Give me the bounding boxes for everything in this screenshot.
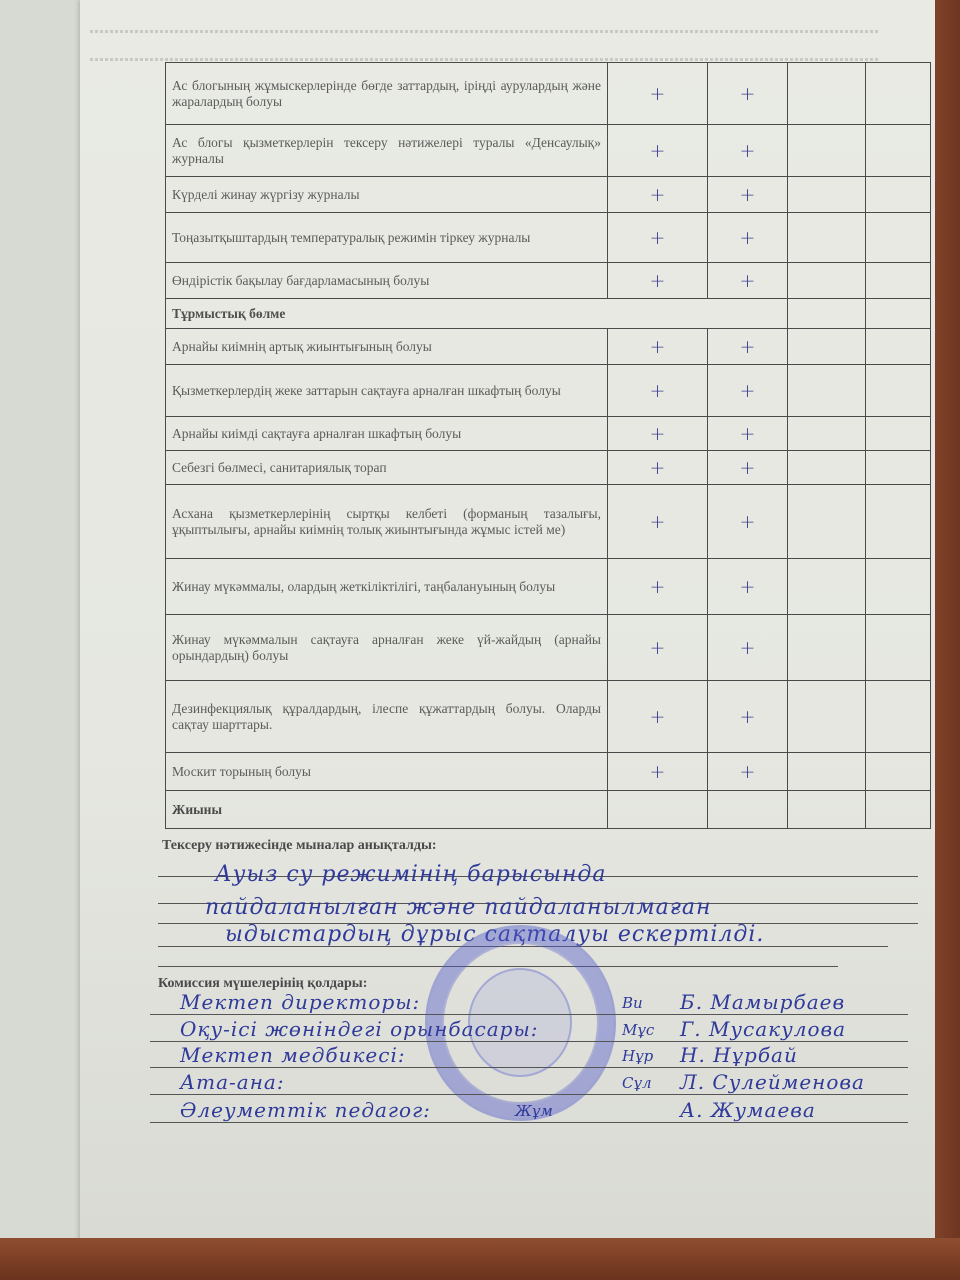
criterion-label: Жинау мүкәммалын сақтауға арналған жеке … — [166, 615, 608, 681]
plus-mark: + — [708, 485, 788, 559]
mark-cell — [608, 791, 708, 829]
mark-cell — [788, 125, 866, 177]
member-signature: Ви — [622, 994, 643, 1012]
bleed-through-line — [90, 30, 880, 33]
mark-cell — [866, 559, 931, 615]
table-row: Өндірістік бақылау бағдарламасының болуы… — [166, 263, 931, 299]
plus-mark: + — [608, 125, 708, 177]
mark-cell — [866, 485, 931, 559]
mark-cell — [788, 753, 866, 791]
total-row: Жиыны — [166, 791, 931, 829]
ruled-line — [150, 1041, 908, 1042]
plus-mark: + — [608, 451, 708, 485]
mark-cell — [788, 365, 866, 417]
ruled-line — [150, 1094, 908, 1095]
table-row: Жинау мүкәммалы, олардың жеткіліктілігі,… — [166, 559, 931, 615]
member-signature: Нұр — [622, 1047, 653, 1065]
member-name: Б. Мамырбаев — [680, 990, 845, 1014]
table-row: Арнайы киімді сақтауға арналған шкафтың … — [166, 417, 931, 451]
plus-mark: + — [708, 263, 788, 299]
criterion-label: Арнайы киімнің артық жиынтығының болуы — [166, 329, 608, 365]
mark-cell — [788, 263, 866, 299]
plus-mark: + — [708, 559, 788, 615]
member-signature: Мұс — [622, 1021, 654, 1039]
member-signature: Сұл — [622, 1074, 652, 1092]
table-row: Күрделі жинау жүргізу журналы++ — [166, 177, 931, 213]
mark-cell — [866, 615, 931, 681]
plus-mark: + — [708, 329, 788, 365]
member-role: Оқу-ісі жөніндегі орынбасары: — [180, 1017, 538, 1041]
plus-mark: + — [708, 177, 788, 213]
findings-line-1: Ауыз су режимінің барысында — [215, 862, 607, 887]
mark-cell — [788, 681, 866, 753]
mark-cell — [788, 559, 866, 615]
mark-cell — [788, 615, 866, 681]
member-name: Н. Нұрбай — [680, 1043, 798, 1067]
plus-mark: + — [608, 753, 708, 791]
plus-mark: + — [608, 417, 708, 451]
member-role: Ата-ана: — [180, 1070, 285, 1094]
criterion-label: Дезинфекциялық құралдардың, ілеспе құжат… — [166, 681, 608, 753]
criterion-label: Асхана қызметкерлерінің сыртқы келбеті (… — [166, 485, 608, 559]
mark-cell — [866, 263, 931, 299]
section-header-row: Тұрмыстық бөлме — [166, 299, 931, 329]
table-row: Себезгі бөлмесі, санитариялық торап++ — [166, 451, 931, 485]
criterion-label: Күрделі жинау жүргізу журналы — [166, 177, 608, 213]
plus-mark: + — [708, 63, 788, 125]
mark-cell — [788, 213, 866, 263]
table-row: Ас блогының жұмыскерлерінде бөгде заттар… — [166, 63, 931, 125]
criterion-label: Жиыны — [166, 791, 608, 829]
mark-cell — [866, 329, 931, 365]
table-row: Ас блогы қызметкерлерін тексеру нәтижеле… — [166, 125, 931, 177]
criterion-label: Ас блогының жұмыскерлерінде бөгде заттар… — [166, 63, 608, 125]
mark-cell — [866, 451, 931, 485]
plus-mark: + — [608, 559, 708, 615]
mark-cell — [866, 365, 931, 417]
plus-mark: + — [708, 615, 788, 681]
mark-cell — [788, 451, 866, 485]
criterion-label: Ас блогы қызметкерлерін тексеру нәтижеле… — [166, 125, 608, 177]
findings-heading: Тексеру нәтижесінде мыналар анықталды: — [162, 838, 437, 854]
mark-cell — [866, 681, 931, 753]
mark-cell — [788, 485, 866, 559]
ruled-line — [150, 1067, 908, 1068]
criterion-label: Тұрмыстық бөлме — [166, 299, 788, 329]
mark-cell — [788, 299, 866, 329]
mark-cell — [788, 177, 866, 213]
plus-mark: + — [608, 213, 708, 263]
mark-cell — [866, 753, 931, 791]
mark-cell — [788, 329, 866, 365]
table-row: Жинау мүкәммалын сақтауға арналған жеке … — [166, 615, 931, 681]
criterion-label: Москит торының болуы — [166, 753, 608, 791]
member-name: Л. Сулейменова — [680, 1070, 865, 1094]
mark-cell — [708, 791, 788, 829]
member-role: Әлеуметтік педагог: — [180, 1098, 431, 1122]
member-name: А. Жумаева — [680, 1098, 816, 1122]
plus-mark: + — [708, 213, 788, 263]
ruled-line — [150, 1014, 908, 1015]
plus-mark: + — [708, 417, 788, 451]
plus-mark: + — [608, 681, 708, 753]
mark-cell — [866, 213, 931, 263]
member-signature: Жұм — [515, 1102, 553, 1120]
member-name: Г. Мусакулова — [680, 1017, 846, 1041]
table-row: Асхана қызметкерлерінің сыртқы келбеті (… — [166, 485, 931, 559]
inspection-checklist-table: Ас блогының жұмыскерлерінде бөгде заттар… — [165, 62, 931, 829]
plus-mark: + — [608, 63, 708, 125]
mark-cell — [866, 299, 931, 329]
findings-line-2: пайдаланылған және пайдаланылмаған — [205, 895, 711, 920]
criterion-label: Қызметкерлердің жеке заттарын сақтауға а… — [166, 365, 608, 417]
mark-cell — [788, 791, 866, 829]
plus-mark: + — [608, 615, 708, 681]
mark-cell — [866, 791, 931, 829]
plus-mark: + — [708, 753, 788, 791]
mark-cell — [788, 63, 866, 125]
mark-cell — [866, 125, 931, 177]
table-row: Москит торының болуы++ — [166, 753, 931, 791]
bleed-through-line — [90, 58, 880, 61]
criterion-label: Арнайы киімді сақтауға арналған шкафтың … — [166, 417, 608, 451]
member-role: Мектеп директоры: — [180, 990, 420, 1014]
mark-cell — [866, 417, 931, 451]
table-row: Арнайы киімнің артық жиынтығының болуы++ — [166, 329, 931, 365]
mark-cell — [788, 417, 866, 451]
plus-mark: + — [708, 681, 788, 753]
criterion-label: Жинау мүкәммалы, олардың жеткіліктілігі,… — [166, 559, 608, 615]
plus-mark: + — [608, 263, 708, 299]
plus-mark: + — [608, 365, 708, 417]
plus-mark: + — [708, 125, 788, 177]
mark-cell — [866, 63, 931, 125]
mark-cell — [866, 177, 931, 213]
criterion-label: Өндірістік бақылау бағдарламасының болуы — [166, 263, 608, 299]
table-row: Тоңазытқыштардың температуралық режимін … — [166, 213, 931, 263]
criterion-label: Тоңазытқыштардың температуралық режимін … — [166, 213, 608, 263]
member-role: Мектеп медбикесі: — [180, 1043, 406, 1067]
criterion-label: Себезгі бөлмесі, санитариялық торап — [166, 451, 608, 485]
table-row: Дезинфекциялық құралдардың, ілеспе құжат… — [166, 681, 931, 753]
plus-mark: + — [708, 451, 788, 485]
plus-mark: + — [608, 177, 708, 213]
plus-mark: + — [608, 329, 708, 365]
ruled-line — [150, 1122, 908, 1123]
desk-surface-bottom — [0, 1238, 960, 1280]
plus-mark: + — [708, 365, 788, 417]
table-row: Қызметкерлердің жеке заттарын сақтауға а… — [166, 365, 931, 417]
plus-mark: + — [608, 485, 708, 559]
